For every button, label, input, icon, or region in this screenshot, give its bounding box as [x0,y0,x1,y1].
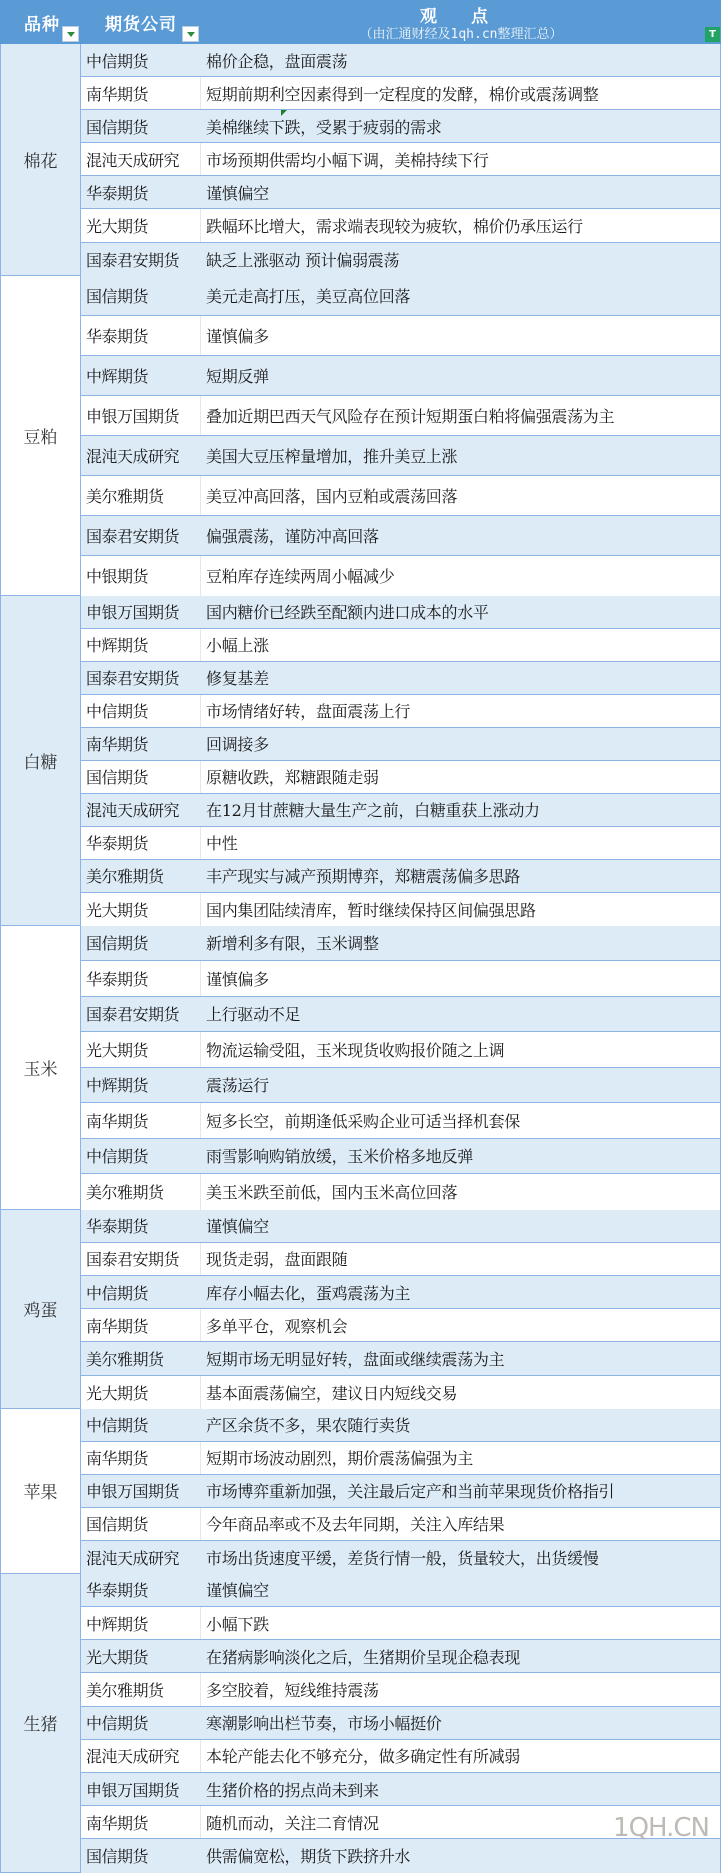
filter-active-icon[interactable]: T [705,27,720,42]
view-cell[interactable]: 回调接多 [201,728,721,760]
table-row: 中信期货产区余货不多，果农随行卖货 [81,1409,721,1442]
company-cell[interactable]: 混沌天成研究 [81,1541,201,1574]
view-cell[interactable]: 美玉米跌至前低，国内玉米高位回落 [201,1174,721,1210]
category-cell[interactable]: 白糖 [0,596,81,925]
table-row: 中信期货寒潮影响出栏节奏，市场小幅挺价 [81,1707,721,1740]
view-cell[interactable]: 供需偏宽松，期货下跌挤升水 [201,1839,721,1872]
category-cell[interactable]: 豆粕 [0,276,81,595]
view-cell[interactable]: 多单平仓，观察机会 [201,1309,721,1341]
view-cell[interactable]: 市场情绪好转，盘面震荡上行 [201,695,721,727]
table-row: 光大期货物流运输受阻，玉米现货收购报价随之上调 [81,1032,721,1068]
header-view: 观 点 （由汇通财经及1qh.cn整理汇总） T [201,0,721,44]
view-cell[interactable]: 豆粕库存连续两周小幅减少 [201,556,721,596]
table-row: 混沌天成研究市场出货速度平缓，差货行情一般，货量较大，出货缓慢 [81,1541,721,1574]
view-cell[interactable]: 修复基差 [201,662,721,694]
company-cell[interactable]: 南华期货 [81,1442,201,1474]
view-cell[interactable]: 市场预期供需均小幅下调，美棉持续下行 [201,143,721,175]
table-row: 华泰期货谨慎偏空 [81,1574,721,1607]
company-cell[interactable]: 中信期货 [81,1276,201,1308]
company-cell[interactable]: 中辉期货 [81,356,201,395]
view-cell[interactable]: 短期反弹 [201,356,721,395]
view-cell[interactable]: 库存小幅去化，蛋鸡震荡为主 [201,1276,721,1308]
view-cell[interactable]: 现货走弱，盘面跟随 [201,1243,721,1275]
view-cell[interactable]: 棉价企稳，盘面震荡 [201,44,721,76]
company-cell[interactable]: 申银万国期货 [81,396,201,435]
view-cell[interactable]: 美元走高打压，美豆高位回落 [201,276,721,315]
view-cell[interactable]: 新增利多有限，玉米调整 [201,926,721,961]
view-cell[interactable]: 小幅上涨 [201,629,721,661]
view-cell[interactable]: 今年商品率或不及去年同期，关注入库结果 [201,1508,721,1540]
company-cell[interactable]: 华泰期货 [81,1574,201,1606]
company-cell[interactable]: 国信期货 [81,761,201,793]
table-row: 中辉期货震荡运行 [81,1068,721,1104]
category-cell[interactable]: 苹果 [0,1409,81,1573]
table-row: 国泰君安期货现货走弱，盘面跟随 [81,1243,721,1276]
company-cell[interactable]: 美尔雅期货 [81,476,201,515]
company-cell[interactable]: 美尔雅期货 [81,1673,201,1705]
table-row: 国信期货美棉继续下跌，受累于疲弱的需求 [81,110,721,143]
view-cell[interactable]: 国内集团陆续清库，暂时继续保持区间偏强思路 [201,893,721,926]
table-row: 中辉期货小幅上涨 [81,629,721,662]
view-cell[interactable]: 在猪病影响淡化之后，生猪期价呈现企稳表现 [201,1640,721,1672]
view-cell[interactable]: 丰产现实与减产预期博弈，郑糖震荡偏多思路 [201,860,721,892]
view-cell[interactable]: 谨慎偏空 [201,1574,721,1606]
table-row: 混沌天成研究市场预期供需均小幅下调，美棉持续下行 [81,143,721,176]
header-company: 期货公司 [81,0,201,44]
table-row: 南华期货短期前期利空因素得到一定程度的发酵，棉价或震荡调整 [81,77,721,110]
company-cell[interactable]: 中信期货 [81,695,201,727]
view-cell[interactable]: 原糖收跌，郑糖跟随走弱 [201,761,721,793]
company-filter-dropdown-icon[interactable] [182,26,199,42]
cell-comment-indicator-icon [281,110,287,116]
table-row: 中辉期货小幅下跌 [81,1607,721,1640]
group-rows: 国信期货新增利多有限，玉米调整华泰期货谨慎偏多国泰君安期货上行驱动不足光大期货物… [81,926,721,1210]
company-cell[interactable]: 华泰期货 [81,961,201,996]
table-row: 美尔雅期货多空胶着，短线维持震荡 [81,1673,721,1706]
view-cell[interactable]: 震荡运行 [201,1068,721,1103]
company-cell[interactable]: 混沌天成研究 [81,794,201,826]
company-cell[interactable]: 中辉期货 [81,1607,201,1639]
company-cell[interactable]: 国信期货 [81,1508,201,1540]
company-cell[interactable]: 国信期货 [81,1839,201,1872]
header-category-label: 品种 [24,10,60,35]
table-row: 申银万国期货生猪价格的拐点尚未到来 [81,1773,721,1806]
company-cell[interactable]: 南华期货 [81,1103,201,1138]
company-cell[interactable]: 申银万国期货 [81,1773,201,1805]
view-cell[interactable]: 上行驱动不足 [201,997,721,1032]
view-cell[interactable]: 寒潮影响出栏节奏，市场小幅挺价 [201,1707,721,1739]
table-row: 国信期货供需偏宽松，期货下跌挤升水 [81,1839,721,1872]
company-cell[interactable]: 中信期货 [81,1139,201,1174]
company-cell[interactable]: 中辉期货 [81,1068,201,1103]
group-rows: 国信期货美元走高打压，美豆高位回落华泰期货谨慎偏多中辉期货短期反弹申银万国期货叠… [81,276,721,596]
view-cell[interactable]: 美国大豆压榨量增加，推升美豆上涨 [201,436,721,475]
company-cell[interactable]: 光大期货 [81,209,201,241]
table-row: 国泰君安期货上行驱动不足 [81,997,721,1033]
view-cell[interactable]: 美棉继续下跌，受累于疲弱的需求 [201,110,721,142]
category-group: 苹果中信期货产区余货不多，果农随行卖货南华期货短期市场波动剧烈，期价震荡偏强为主… [0,1409,721,1574]
table-row: 国信期货原糖收跌，郑糖跟随走弱 [81,761,721,794]
company-cell[interactable]: 国泰君安期货 [81,662,201,694]
table-row: 南华期货回调接多 [81,728,721,761]
company-cell[interactable]: 国泰君安期货 [81,516,201,555]
company-cell[interactable]: 申银万国期货 [81,1475,201,1507]
company-cell[interactable]: 国泰君安期货 [81,243,201,276]
group-rows: 华泰期货谨慎偏空国泰君安期货现货走弱，盘面跟随中信期货库存小幅去化，蛋鸡震荡为主… [81,1210,721,1409]
futures-views-sheet: 品种 期货公司 观 点 （由汇通财经及1qh.cn整理汇总） T 棉花中信期货棉… [0,0,721,1873]
view-cell[interactable]: 国内糖价已经跌至配额内进口成本的水平 [201,596,721,628]
view-cell[interactable]: 美豆冲高回落，国内豆粕或震荡回落 [201,476,721,515]
table-row: 中信期货库存小幅去化，蛋鸡震荡为主 [81,1276,721,1309]
company-cell[interactable]: 光大期货 [81,893,201,926]
company-cell[interactable]: 国泰君安期货 [81,1243,201,1275]
header-company-label: 期货公司 [105,10,177,35]
company-cell[interactable]: 南华期货 [81,77,201,109]
view-cell[interactable]: 跌幅环比增大，需求端表现较为疲软，棉价仍承压运行 [201,209,721,241]
table-row: 华泰期货谨慎偏多 [81,316,721,356]
view-cell[interactable]: 短期前期利空因素得到一定程度的发酵，棉价或震荡调整 [201,77,721,109]
company-cell[interactable]: 光大期货 [81,1032,201,1067]
table-row: 光大期货国内集团陆续清库，暂时继续保持区间偏强思路 [81,893,721,926]
view-cell[interactable]: 本轮产能去化不够充分，做多确定性有所减弱 [201,1740,721,1772]
view-cell[interactable]: 物流运输受阻，玉米现货收购报价随之上调 [201,1032,721,1067]
category-group: 豆粕国信期货美元走高打压，美豆高位回落华泰期货谨慎偏多中辉期货短期反弹申银万国期… [0,276,721,596]
table-row: 混沌天成研究本轮产能去化不够充分，做多确定性有所减弱 [81,1740,721,1773]
view-cell[interactable]: 缺乏上涨驱动 预计偏弱震荡 [201,243,721,276]
table-row: 申银万国期货叠加近期巴西天气风险存在预计短期蛋白粕将偏强震荡为主 [81,396,721,436]
company-cell[interactable]: 混沌天成研究 [81,436,201,475]
view-cell[interactable]: 多空胶着，短线维持震荡 [201,1673,721,1705]
view-cell[interactable]: 基本面震荡偏空，建议日内短线交易 [201,1376,721,1409]
table-row: 中信期货雨雪影响购销放缓，玉米价格多地反弹 [81,1139,721,1175]
group-rows: 申银万国期货国内糖价已经跌至配额内进口成本的水平中辉期货小幅上涨国泰君安期货修复… [81,596,721,926]
category-cell[interactable]: 生猪 [0,1574,81,1872]
company-cell[interactable]: 国信期货 [81,276,201,315]
table-row: 美尔雅期货美玉米跌至前低，国内玉米高位回落 [81,1174,721,1210]
view-cell[interactable]: 小幅下跌 [201,1607,721,1639]
company-cell[interactable]: 美尔雅期货 [81,860,201,892]
category-group: 棉花中信期货棉价企稳，盘面震荡南华期货短期前期利空因素得到一定程度的发酵，棉价或… [0,44,721,276]
table-row: 中信期货棉价企稳，盘面震荡 [81,44,721,77]
view-cell[interactable]: 谨慎偏空 [201,176,721,208]
view-cell[interactable]: 叠加近期巴西天气风险存在预计短期蛋白粕将偏强震荡为主 [201,396,721,435]
company-cell[interactable]: 南华期货 [81,1806,201,1838]
table-row: 南华期货短期市场波动剧烈，期价震荡偏强为主 [81,1442,721,1475]
group-rows: 中信期货产区余货不多，果农随行卖货南华期货短期市场波动剧烈，期价震荡偏强为主申银… [81,1409,721,1574]
table-row: 美尔雅期货美豆冲高回落，国内豆粕或震荡回落 [81,476,721,516]
company-cell[interactable]: 华泰期货 [81,1210,201,1242]
table-row: 美尔雅期货短期市场无明显好转，盘面或继续震荡为主 [81,1342,721,1375]
company-cell[interactable]: 国信期货 [81,110,201,142]
category-filter-dropdown-icon[interactable] [62,26,79,42]
header-category: 品种 [0,0,81,44]
table-row: 国泰君安期货缺乏上涨驱动 预计偏弱震荡 [81,243,721,276]
company-cell[interactable]: 华泰期货 [81,176,201,208]
view-cell[interactable]: 短期市场波动剧烈，期价震荡偏强为主 [201,1442,721,1474]
view-cell[interactable]: 生猪价格的拐点尚未到来 [201,1773,721,1805]
header-view-subtitle: （由汇通财经及1qh.cn整理汇总） [201,23,721,42]
company-cell[interactable]: 中辉期货 [81,629,201,661]
category-group: 白糖申银万国期货国内糖价已经跌至配额内进口成本的水平中辉期货小幅上涨国泰君安期货… [0,596,721,926]
category-group: 玉米国信期货新增利多有限，玉米调整华泰期货谨慎偏多国泰君安期货上行驱动不足光大期… [0,926,721,1210]
view-cell[interactable]: 在12月甘蔗糖大量生产之前，白糖重获上涨动力 [201,794,721,826]
table-row: 华泰期货谨慎偏空 [81,176,721,209]
table-row: 国泰君安期货偏强震荡，谨防冲高回落 [81,516,721,556]
company-cell[interactable]: 国泰君安期货 [81,997,201,1032]
company-cell[interactable]: 南华期货 [81,1309,201,1341]
company-cell[interactable]: 中信期货 [81,1409,201,1441]
company-cell[interactable]: 中银期货 [81,556,201,596]
table-row: 申银万国期货国内糖价已经跌至配额内进口成本的水平 [81,596,721,629]
view-cell[interactable]: 谨慎偏空 [201,1210,721,1242]
view-cell[interactable]: 短多长空，前期逢低采购企业可适当择机套保 [201,1103,721,1138]
table-row: 申银万国期货市场博弈重新加强，关注最后定产和当前苹果现货价格指引 [81,1475,721,1508]
view-cell[interactable]: 产区余货不多，果农随行卖货 [201,1409,721,1441]
view-cell[interactable]: 谨慎偏多 [201,961,721,996]
company-cell[interactable]: 华泰期货 [81,316,201,355]
table-row: 南华期货短多长空，前期逢低采购企业可适当择机套保 [81,1103,721,1139]
view-cell[interactable]: 市场出货速度平缓，差货行情一般，货量较大，出货缓慢 [201,1541,721,1574]
group-rows: 中信期货棉价企稳，盘面震荡南华期货短期前期利空因素得到一定程度的发酵，棉价或震荡… [81,44,721,276]
category-cell[interactable]: 鸡蛋 [0,1210,81,1408]
company-cell[interactable]: 光大期货 [81,1376,201,1409]
view-cell[interactable]: 雨雪影响购销放缓，玉米价格多地反弹 [201,1139,721,1174]
company-cell[interactable]: 美尔雅期货 [81,1174,201,1210]
table-row: 国泰君安期货修复基差 [81,662,721,695]
company-cell[interactable]: 美尔雅期货 [81,1342,201,1374]
category-cell[interactable]: 玉米 [0,926,81,1209]
table-row: 中信期货市场情绪好转，盘面震荡上行 [81,695,721,728]
company-cell[interactable]: 申银万国期货 [81,596,201,628]
company-cell[interactable]: 中信期货 [81,1707,201,1739]
table-row: 国信期货今年商品率或不及去年同期，关注入库结果 [81,1508,721,1541]
table-row: 光大期货在猪病影响淡化之后，生猪期价呈现企稳表现 [81,1640,721,1673]
table-row: 中银期货豆粕库存连续两周小幅减少 [81,556,721,596]
view-cell[interactable]: 谨慎偏多 [201,316,721,355]
table-row: 国信期货新增利多有限，玉米调整 [81,926,721,962]
table-row: 华泰期货中性 [81,827,721,860]
company-cell[interactable]: 混沌天成研究 [81,1740,201,1772]
table-row: 混沌天成研究美国大豆压榨量增加，推升美豆上涨 [81,436,721,476]
table-row: 光大期货基本面震荡偏空，建议日内短线交易 [81,1376,721,1409]
table-row: 华泰期货谨慎偏多 [81,961,721,997]
watermark: 1QH.CN [613,1813,709,1843]
company-cell[interactable]: 混沌天成研究 [81,143,201,175]
company-cell[interactable]: 南华期货 [81,728,201,760]
table-row: 美尔雅期货丰产现实与减产预期博弈，郑糖震荡偏多思路 [81,860,721,893]
table-row: 中辉期货短期反弹 [81,356,721,396]
view-cell[interactable]: 市场博弈重新加强，关注最后定产和当前苹果现货价格指引 [201,1475,721,1507]
table-row: 混沌天成研究在12月甘蔗糖大量生产之前，白糖重获上涨动力 [81,794,721,827]
table-row: 光大期货跌幅环比增大，需求端表现较为疲软，棉价仍承压运行 [81,209,721,242]
table-header: 品种 期货公司 观 点 （由汇通财经及1qh.cn整理汇总） T [0,0,721,44]
view-cell[interactable]: 短期市场无明显好转，盘面或继续震荡为主 [201,1342,721,1374]
table-row: 华泰期货谨慎偏空 [81,1210,721,1243]
table-body: 棉花中信期货棉价企稳，盘面震荡南华期货短期前期利空因素得到一定程度的发酵，棉价或… [0,44,721,1873]
category-cell[interactable]: 棉花 [0,44,81,275]
company-cell[interactable]: 光大期货 [81,1640,201,1672]
view-cell[interactable]: 偏强震荡，谨防冲高回落 [201,516,721,555]
company-cell[interactable]: 中信期货 [81,44,201,76]
table-row: 国信期货美元走高打压，美豆高位回落 [81,276,721,316]
view-cell[interactable]: 中性 [201,827,721,859]
table-row: 南华期货多单平仓，观察机会 [81,1309,721,1342]
category-group: 鸡蛋华泰期货谨慎偏空国泰君安期货现货走弱，盘面跟随中信期货库存小幅去化，蛋鸡震荡… [0,1210,721,1409]
company-cell[interactable]: 华泰期货 [81,827,201,859]
company-cell[interactable]: 国信期货 [81,926,201,961]
